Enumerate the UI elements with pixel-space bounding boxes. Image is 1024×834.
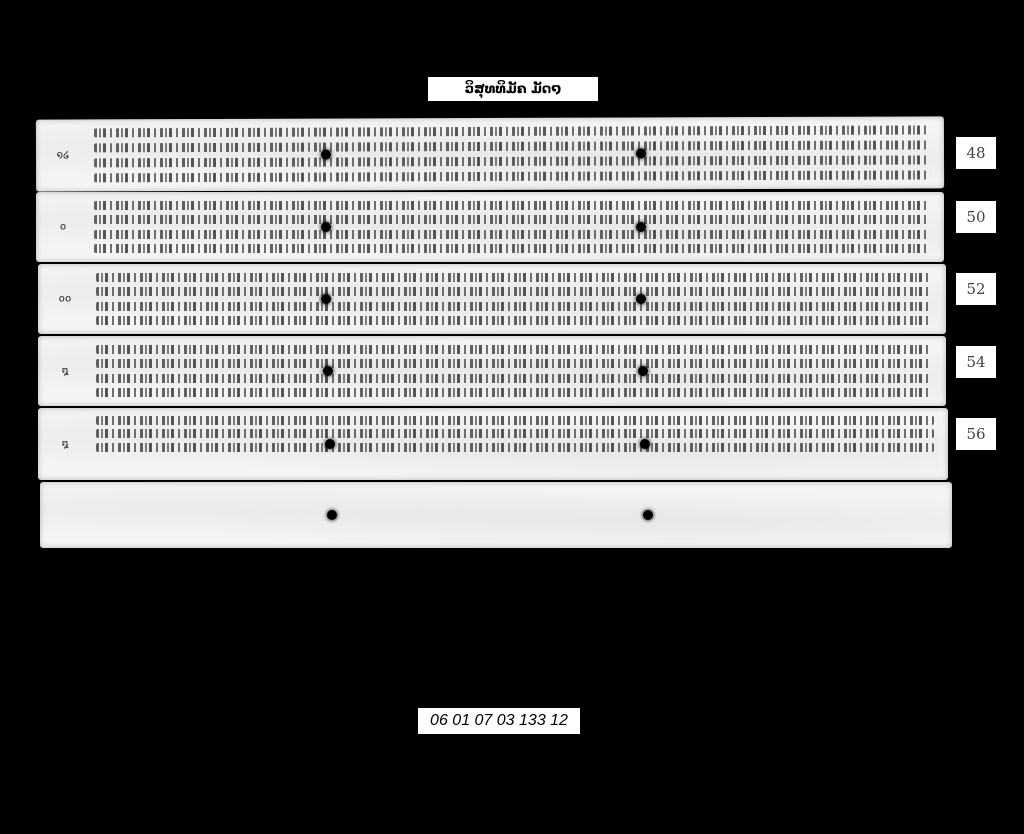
page-number-tag: 52 bbox=[956, 273, 996, 305]
leaf-number: ໑໒ bbox=[48, 150, 78, 161]
string-hole bbox=[321, 294, 331, 304]
string-hole bbox=[327, 510, 337, 520]
leaf-script-text bbox=[96, 342, 932, 400]
page-number-tag: 48 bbox=[956, 137, 996, 169]
page-number-tag: 56 bbox=[956, 418, 996, 450]
leaf-number: ໘ bbox=[50, 439, 80, 450]
string-hole bbox=[321, 150, 331, 160]
string-hole bbox=[640, 439, 650, 449]
palm-leaf-6-blank bbox=[40, 482, 952, 548]
string-hole bbox=[636, 148, 646, 158]
page-number-tag: 50 bbox=[956, 201, 996, 233]
string-hole bbox=[323, 366, 333, 376]
leaf-number: ໘ bbox=[50, 366, 80, 377]
string-hole bbox=[636, 294, 646, 304]
string-hole bbox=[643, 510, 653, 520]
string-hole bbox=[321, 222, 331, 232]
string-hole bbox=[636, 222, 646, 232]
palm-leaf-2: ໐ bbox=[36, 192, 944, 262]
catalog-id-label: 06 01 07 03 133 12 bbox=[418, 708, 580, 734]
string-hole bbox=[638, 366, 648, 376]
palm-leaf-1: ໑໒ bbox=[36, 116, 944, 191]
palm-leaf-5: ໘ bbox=[38, 408, 948, 480]
palm-leaf-4: ໘ bbox=[38, 336, 946, 406]
manuscript-title-label: ວິສຸທທິມັຄ ມັດ໑ bbox=[428, 77, 598, 101]
page-number-tag: 54 bbox=[956, 346, 996, 378]
leaf-script-text bbox=[94, 122, 930, 185]
leaf-script-text bbox=[94, 198, 930, 256]
palm-leaf-3: ໐໐ bbox=[38, 264, 946, 334]
leaf-script-text bbox=[96, 414, 934, 454]
string-hole bbox=[325, 439, 335, 449]
leaf-number: ໐ bbox=[48, 222, 78, 233]
leaf-script-text bbox=[96, 270, 932, 328]
leaf-number: ໐໐ bbox=[50, 294, 80, 305]
